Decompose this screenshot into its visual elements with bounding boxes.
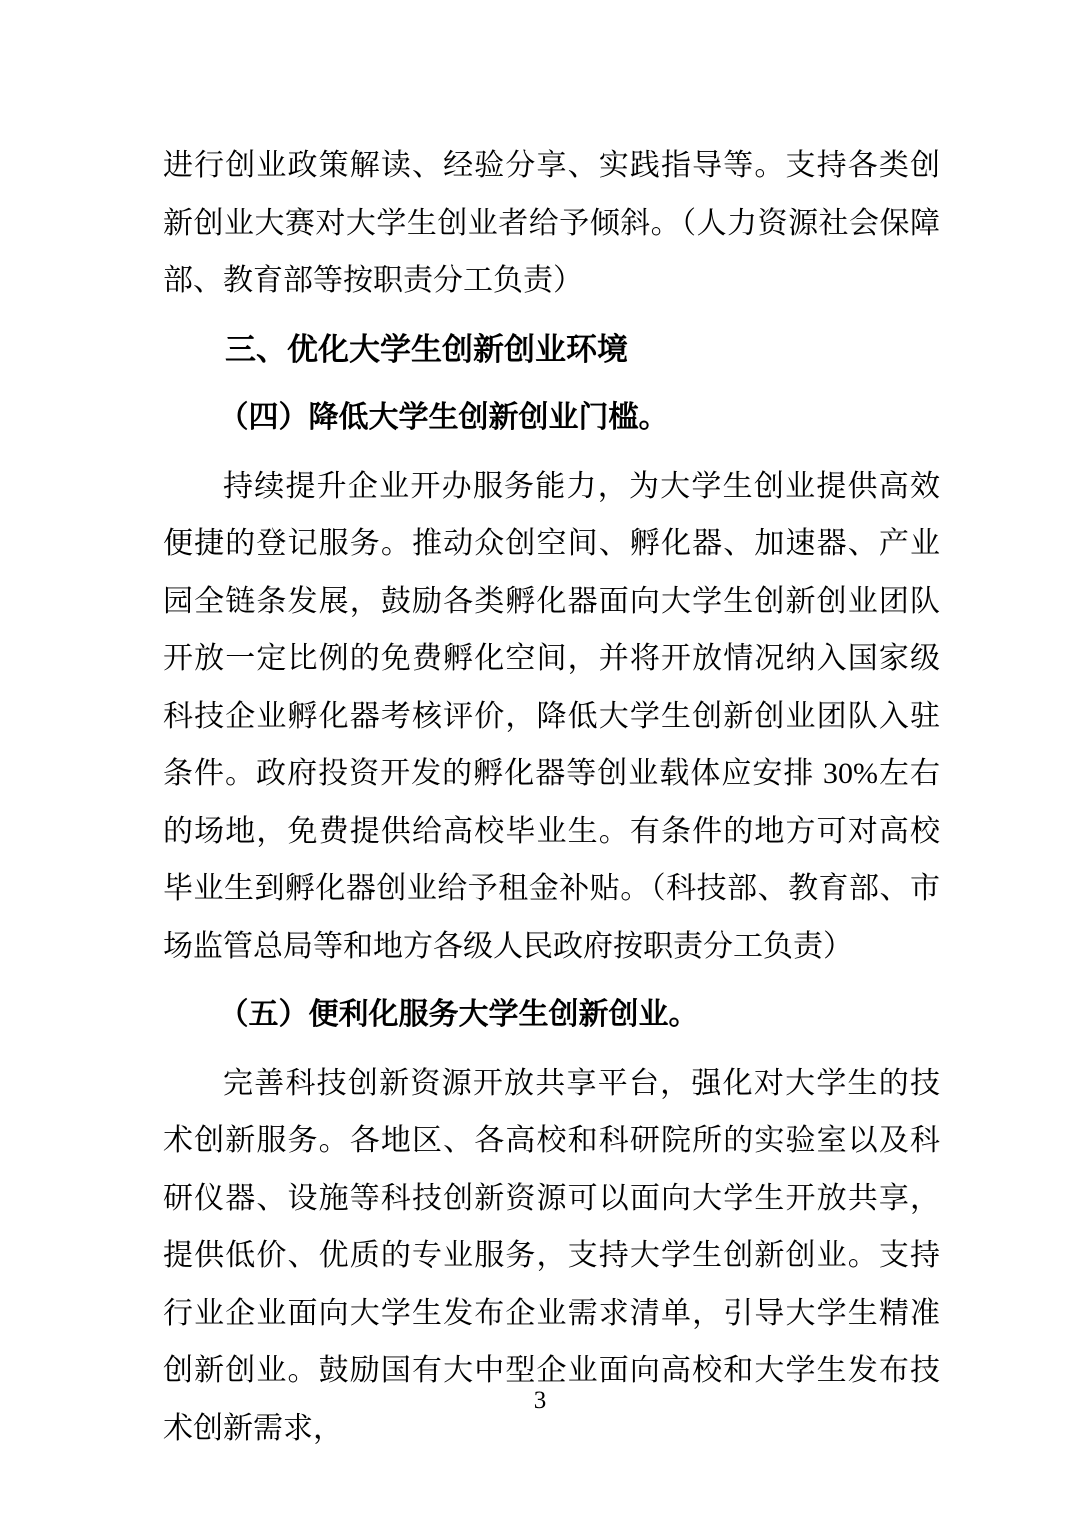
paragraph-continuation: 进行创业政策解读、经验分享、实践指导等。支持各类创新创业大赛对大学生创业者给予倾…: [163, 137, 940, 310]
page-content: 进行创业政策解读、经验分享、实践指导等。支持各类创新创业大赛对大学生创业者给予倾…: [163, 137, 940, 1457]
subsection-heading-5: （五）便利化服务大学生创新创业。: [163, 986, 940, 1044]
paragraph-section-4: 持续提升企业开办服务能力，为大学生创业提供高效便捷的登记服务。推动众创空间、孵化…: [163, 458, 940, 976]
subsection-heading-4: （四）降低大学生创新创业门槛。: [163, 389, 940, 447]
document-page: 进行创业政策解读、经验分享、实践指导等。支持各类创新创业大赛对大学生创业者给予倾…: [0, 0, 1080, 1527]
section-heading-3: 三、优化大学生创新创业环境: [163, 321, 940, 379]
page-number: 3: [0, 1386, 1080, 1416]
